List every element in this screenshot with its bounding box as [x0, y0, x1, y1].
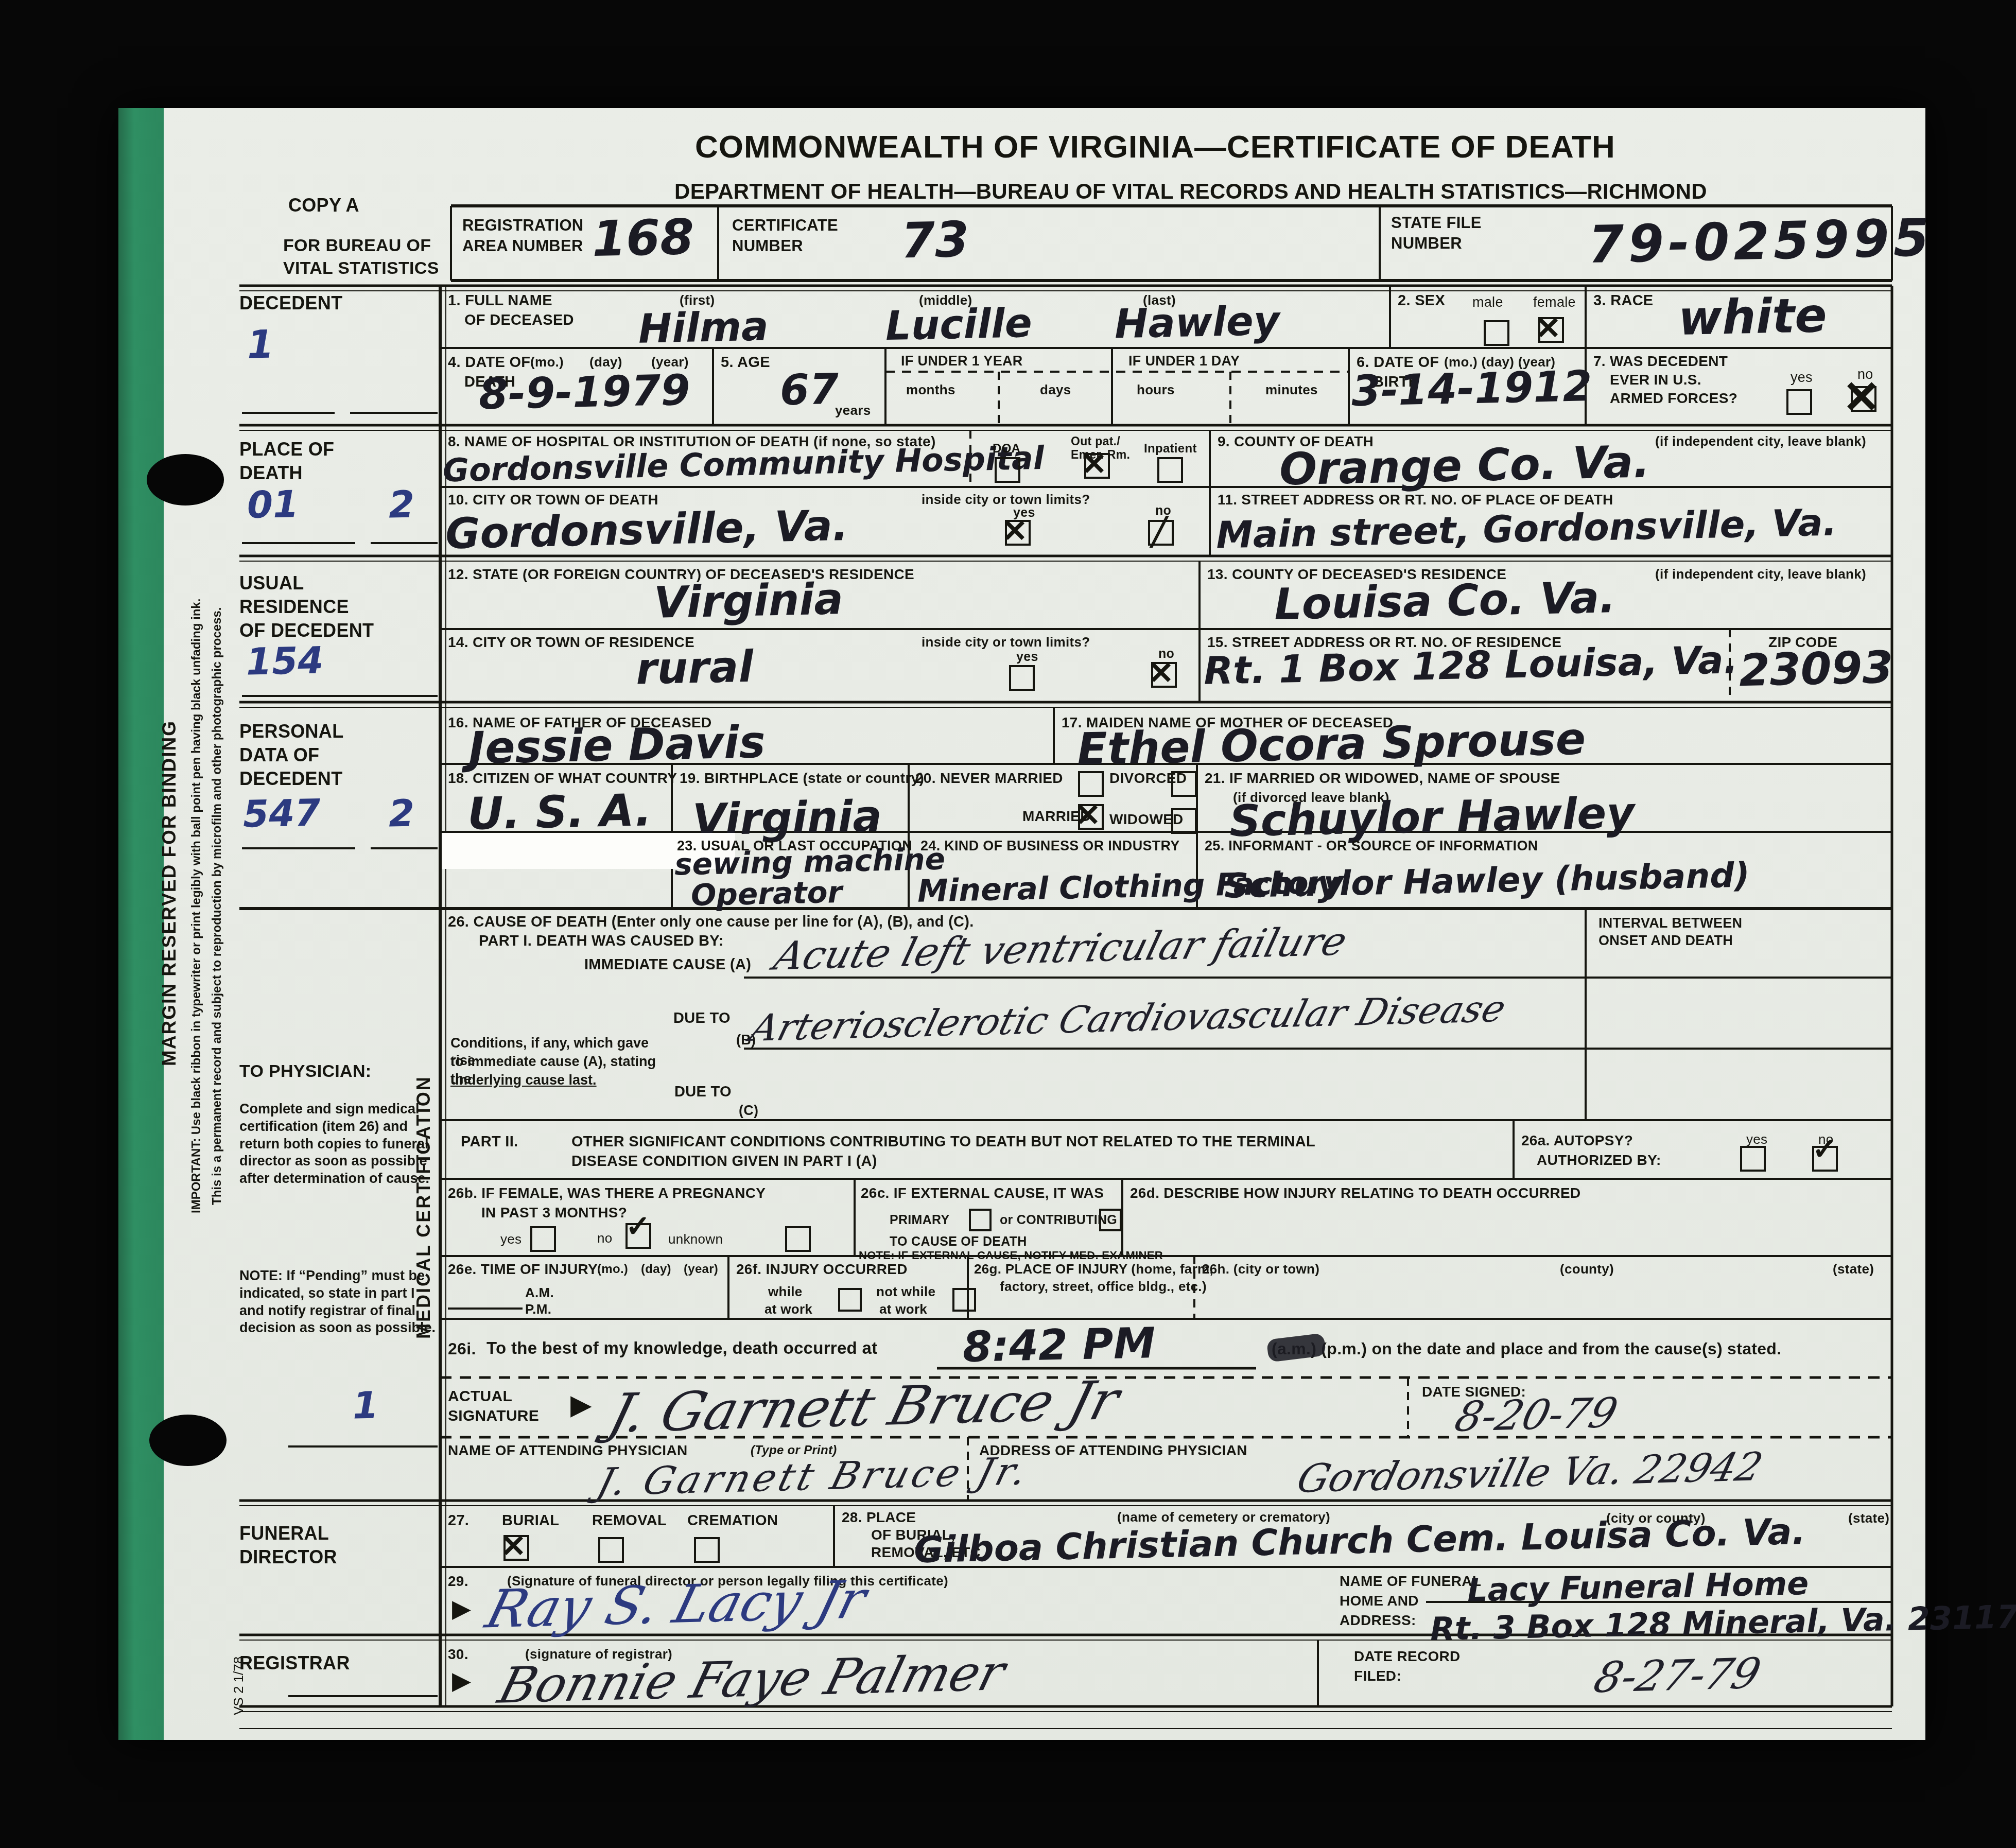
f26h-label: 26h. (city or town)	[1202, 1261, 1319, 1277]
state-file-label-1: STATE FILE	[1391, 214, 1482, 232]
f1-label-2: OF DECEASED	[464, 312, 574, 329]
funeral-director-signature-value: Ray S. Lacy Jr	[480, 1570, 873, 1641]
registration-area-label-1: REGISTRATION	[462, 216, 584, 235]
checkbox-primary	[969, 1209, 992, 1231]
f26p2-label-1: PART II.	[461, 1134, 518, 1150]
f28-state-label: (state)	[1848, 1510, 1889, 1526]
sidebar-personal-1: PERSONAL	[239, 721, 343, 742]
f5-label: 5. AGE	[721, 354, 770, 371]
checkbox-inpatient	[1157, 457, 1183, 483]
arrow-icon: ▶	[452, 1597, 471, 1622]
state-file-value: 79-025995	[1588, 207, 1934, 275]
f26a-label-1: 26a. AUTOPSY?	[1521, 1132, 1633, 1149]
certificate-paper: MARGIN RESERVED FOR BINDING IMPORTANT: U…	[118, 108, 1925, 1740]
race-value: white	[1678, 288, 1828, 346]
f3-label: 3. RACE	[1593, 292, 1654, 309]
sidebar-place-2: DEATH	[239, 462, 303, 484]
checkbox-sex-female: ✕	[1538, 317, 1564, 343]
f14-yes-label: yes	[1016, 650, 1038, 665]
f7-yes-label: yes	[1791, 370, 1813, 386]
f26c-note: NOTE: IF EXTERNAL CAUSE, NOTIFY MED. EXA…	[859, 1249, 1163, 1262]
sidebar-code-note: 1	[352, 1383, 379, 1427]
name-middle-value: Lucille	[885, 300, 1032, 350]
f27-cremation-label: CREMATION	[687, 1512, 778, 1529]
f2-male-label: male	[1472, 294, 1503, 310]
f26b-label-2: IN PAST 3 MONTHS?	[481, 1205, 627, 1221]
citizen-value: U. S. A.	[467, 784, 652, 840]
date-of-death-value: 8-9-1979	[478, 366, 690, 420]
f26p2-label-2: OTHER SIGNIFICANT CONDITIONS CONTRIBUTIN…	[571, 1134, 1315, 1150]
x-mark-icon: ✕	[1002, 516, 1028, 547]
f26e-label: 26e. TIME OF INJURY	[448, 1261, 598, 1278]
city-residence-value: rural	[635, 641, 754, 694]
page-subtitle: DEPARTMENT OF HEALTH—BUREAU OF VITAL REC…	[674, 179, 1707, 204]
zip-value: 23093	[1739, 642, 1893, 696]
f26g-label-2: factory, street, office bldg., etc.)	[1000, 1279, 1207, 1295]
sidebar-code-place-2: 2	[388, 482, 415, 526]
county-residence-value: Louisa Co. Va.	[1274, 572, 1616, 630]
sidebar-registrar: REGISTRAR	[239, 1652, 350, 1674]
f26a-label-2: AUTHORIZED BY:	[1537, 1152, 1661, 1169]
f26h-county: (county)	[1560, 1261, 1614, 1277]
funeral-home-label-3: ADDRESS:	[1340, 1612, 1416, 1629]
f18-label: 18. CITIZEN OF WHAT COUNTRY	[448, 770, 677, 787]
margin-important-line1: IMPORTANT: Use black ribbon in typewrite…	[189, 329, 204, 1483]
death-time-value: 8:42 PM	[962, 1319, 1156, 1372]
f14-limits-label: inside city or town limits?	[922, 634, 1090, 650]
date-of-birth-value: 3-14-1912	[1351, 362, 1592, 416]
f10-no-label: no	[1155, 503, 1171, 518]
f11-label: 11. STREET ADDRESS OR RT. NO. OF PLACE O…	[1218, 492, 1613, 508]
certificate-number-label-2: NUMBER	[732, 237, 803, 255]
sig-label-2: SIGNATURE	[448, 1407, 539, 1425]
f13-note: (if independent city, leave blank)	[1655, 566, 1866, 582]
f26b-label-1: 26b. IF FEMALE, WAS THERE A PREGNANCY	[448, 1185, 766, 1201]
registration-area-label-2: AREA NUMBER	[462, 237, 583, 255]
f26c-label-2: TO CAUSE OF DEATH	[890, 1234, 1027, 1249]
x-mark-icon: ✕	[1075, 800, 1101, 831]
sidebar-usual-2: RESIDENCE	[239, 596, 349, 618]
checkbox-pregnancy-unknown	[785, 1226, 811, 1252]
sidebar-personal-2: DATA OF	[239, 744, 319, 766]
x-mark-icon: ✕	[500, 1531, 526, 1562]
f27-removal-label: REMOVAL	[592, 1512, 667, 1529]
x-mark-icon: ✕	[1843, 375, 1881, 420]
checkbox-pregnancy-yes	[530, 1226, 556, 1252]
form-code: VS 2 1/78	[231, 1637, 247, 1735]
check-mark-icon: ✓	[625, 1212, 651, 1242]
f26-due-to-c-label: DUE TO	[674, 1084, 732, 1101]
x-mark-icon: ✕	[1148, 658, 1174, 689]
date-filed-label-1: DATE RECORD	[1354, 1648, 1461, 1665]
age-value: 67	[779, 365, 839, 415]
checkbox-cremation	[694, 1537, 720, 1563]
f27-burial-label: BURIAL	[502, 1512, 559, 1529]
name-last-value: Hawley	[1114, 298, 1280, 348]
f26d-label: 26d. DESCRIBE HOW INJURY RELATING TO DEA…	[1130, 1185, 1581, 1201]
f9-note: (if independent city, leave blank)	[1655, 433, 1866, 449]
sidebar-physician-note: Complete and sign medical certification …	[239, 1101, 430, 1188]
f19-label: 19. BIRTHPLACE (state or country)	[680, 770, 924, 787]
f26-c-label: (C)	[739, 1103, 758, 1119]
f26h-state: (state)	[1833, 1261, 1874, 1277]
f26e-am: A.M.	[525, 1285, 554, 1301]
sidebar-decedent: DECEDENT	[239, 292, 342, 314]
f7-label-1: 7. WAS DECEDENT	[1593, 353, 1728, 370]
f5-months-label: months	[906, 382, 955, 398]
mother-name-value: Ethel Ocora Sprouse	[1076, 713, 1586, 776]
checkbox-married: ✕	[1078, 804, 1104, 830]
sidebar-code-place-1: 01	[247, 482, 299, 527]
county-of-death-value: Orange Co. Va.	[1279, 436, 1650, 495]
f8-doa-label: DOA	[993, 442, 1020, 456]
funeral-home-label-2: HOME AND	[1340, 1593, 1419, 1609]
checkbox-burial: ✕	[503, 1535, 529, 1561]
checkbox-divorced	[1171, 771, 1197, 797]
f26b-yes-label: yes	[500, 1231, 522, 1247]
f5-under1year-label: IF UNDER 1 YEAR	[901, 353, 1023, 369]
f26f-notwhile-1: not while	[876, 1284, 935, 1300]
sidebar-code-residence: 154	[246, 638, 324, 683]
funeral-home-label-1: NAME OF FUNERAL	[1340, 1573, 1481, 1590]
date-filed-label-2: FILED:	[1354, 1668, 1401, 1684]
checkbox-res-limits-no: ✕	[1151, 662, 1177, 688]
f7-label-3: ARMED FORCES?	[1610, 390, 1737, 407]
f5-years-label: years	[835, 403, 871, 419]
f4-mo: (mo.)	[530, 354, 564, 370]
f26c-label-1: 26c. IF EXTERNAL CAUSE, IT WAS	[861, 1185, 1104, 1201]
checkbox-never-married	[1078, 771, 1104, 797]
sidebar-usual-1: USUAL	[239, 572, 304, 594]
checkbox-widowed	[1171, 808, 1197, 834]
name-first-value: Hilma	[638, 303, 769, 352]
f4-label-1: 4. DATE OF	[448, 354, 530, 371]
checkbox-autopsy-yes	[1740, 1146, 1766, 1172]
f1-label-1: 1. FULL NAME	[448, 292, 552, 309]
funeral-home-name-value: Lacy Funeral Home	[1467, 1564, 1809, 1609]
f26-label-2: PART I. DEATH WAS CAUSED BY:	[479, 933, 724, 950]
f26f-notwhile-2: at work	[879, 1301, 927, 1317]
checkbox-armed-yes	[1786, 389, 1812, 415]
f26-interval-label-2: ONSET AND DEATH	[1598, 933, 1733, 949]
f26c-primary-label: PRIMARY	[890, 1213, 949, 1228]
certificate-number-value: 73	[900, 212, 969, 270]
state-residence-value: Virginia	[653, 573, 844, 628]
x-mark-icon: ✕	[1081, 449, 1107, 480]
margin-important-line2: This is a permanent record and subject t…	[210, 329, 224, 1483]
f26f-while-1: while	[768, 1284, 803, 1300]
checkbox-sex-male	[1484, 320, 1509, 346]
checkbox-pregnancy-no: ✓	[625, 1223, 651, 1249]
f26e-mo: (mo.)	[597, 1262, 628, 1277]
father-name-value: Jessie Davis	[468, 717, 766, 774]
checkbox-outpatient: ✕	[1084, 453, 1110, 479]
f26-due-to-b-label: DUE TO	[673, 1010, 731, 1027]
scanned-death-certificate-photo: { "header": { "copy": "COPY A", "bureau1…	[0, 0, 2016, 1848]
f26p2-label-3: DISEASE CONDITION GIVEN IN PART I (A)	[571, 1153, 877, 1170]
f26i-tail: (a.m.) (p.m.) on the date and place and …	[1272, 1339, 1781, 1358]
f26b-no-label: no	[597, 1230, 613, 1246]
check-mark-icon: ✓	[1812, 1135, 1837, 1164]
sidebar-funeral-1: FUNERAL	[239, 1523, 329, 1544]
slash-mark-icon: ╱	[1151, 519, 1167, 546]
sidebar-personal-3: DECEDENT	[239, 768, 342, 790]
f26-conditions-note-3: underlying cause last.	[450, 1072, 672, 1089]
f26-label-1: 26. CAUSE OF DEATH (Enter only one cause…	[448, 914, 974, 931]
f28-label-1: 28. PLACE	[842, 1509, 916, 1526]
sig-label-1: ACTUAL	[448, 1388, 512, 1405]
arrow-icon: ▶	[570, 1391, 592, 1419]
city-of-death-value: Gordonsville, Va.	[445, 501, 849, 559]
checkbox-while-at-work	[838, 1288, 862, 1312]
checkbox-death-limits-no: ╱	[1148, 520, 1174, 546]
checkbox-removal	[598, 1537, 624, 1563]
sidebar-code-decedent: 1	[247, 321, 274, 367]
f26f-label: 26f. INJURY OCCURRED	[736, 1261, 908, 1278]
certificate-number-label-1: CERTIFICATE	[732, 216, 838, 235]
f8-inpatient-label: Inpatient	[1144, 442, 1197, 456]
f26g-label-1: 26g. PLACE OF INJURY (home, farm,	[974, 1261, 1213, 1277]
f8-outpat-label-1: Out pat./	[1071, 434, 1120, 448]
f5-minutes-label: minutes	[1265, 382, 1318, 398]
sidebar-funeral-2: DIRECTOR	[239, 1546, 337, 1568]
sidebar-pending-note: NOTE: If “Pending” must be indicated, so…	[239, 1267, 438, 1337]
sidebar-to-physician: TO PHYSICIAN:	[239, 1061, 371, 1082]
f24-label: 24. KIND OF BUSINESS OR INDUSTRY	[920, 838, 1180, 854]
f5-days-label: days	[1040, 382, 1071, 398]
page-title: COMMONWEALTH OF VIRGINIA—CERTIFICATE OF …	[695, 129, 1615, 165]
margin-binding-text: MARGIN RESERVED FOR BINDING	[159, 571, 180, 1215]
f26-immediate-cause-label: IMMEDIATE CAUSE (A)	[584, 956, 751, 973]
f26i-text: To the best of my knowledge, death occur…	[486, 1338, 877, 1358]
f26e-yr: (year)	[684, 1262, 718, 1277]
f30-number: 30.	[448, 1646, 468, 1663]
f26f-while-2: at work	[764, 1301, 812, 1317]
f26i-number: 26i.	[448, 1339, 476, 1358]
physician-name-label: NAME OF ATTENDING PHYSICIAN	[448, 1442, 687, 1459]
checkbox-doa	[995, 457, 1020, 483]
checkbox-res-limits-yes	[1009, 665, 1035, 691]
copy-a-label: COPY A	[288, 195, 359, 216]
occupation-value-2: Operator	[690, 875, 842, 913]
f2-female-label: female	[1533, 294, 1576, 310]
f5-hours-label: hours	[1137, 382, 1175, 398]
x-mark-icon: ✕	[1535, 313, 1561, 344]
f27-number: 27.	[448, 1512, 469, 1529]
f2-label: 2. SEX	[1398, 292, 1445, 309]
sidebar-usual-3: OF DECEDENT	[239, 620, 374, 641]
checkbox-death-limits-yes: ✕	[1005, 520, 1031, 546]
f20-label-1: 20. NEVER MARRIED	[915, 770, 1063, 787]
checkbox-not-while-at-work	[952, 1288, 976, 1312]
f26b-unknown-label: unknown	[668, 1231, 723, 1247]
f26-interval-label-1: INTERVAL BETWEEN	[1598, 915, 1742, 931]
f26a-yes-label: yes	[1746, 1131, 1767, 1147]
checkbox-armed-no: ✕	[1851, 386, 1876, 412]
sidebar-code-personal-2: 2	[388, 791, 415, 835]
sidebar-code-personal-1: 547	[242, 791, 321, 835]
f21-label-1: 21. IF MARRIED OR WIDOWED, NAME OF SPOUS…	[1205, 770, 1560, 787]
sidebar-place-1: PLACE OF	[239, 439, 334, 460]
f29-number: 29.	[448, 1573, 468, 1590]
f7-label-2: EVER IN U.S.	[1610, 372, 1701, 388]
f26e-pm: P.M.	[525, 1301, 551, 1317]
bureau-label-2: VITAL STATISTICS	[283, 258, 439, 278]
checkbox-contributing	[1099, 1209, 1122, 1231]
bureau-label-1: FOR BUREAU OF	[283, 236, 431, 256]
f26e-day: (day)	[641, 1262, 671, 1277]
f25-label: 25. INFORMANT - OR SOURCE OF INFORMATION	[1205, 838, 1538, 854]
f5-under1day-label: IF UNDER 1 DAY	[1128, 353, 1240, 369]
date-signed-value: 8-20-79	[1450, 1389, 1623, 1441]
checkbox-autopsy-no: ✓	[1812, 1146, 1838, 1172]
f10-limits-label: inside city or town limits?	[922, 492, 1090, 508]
state-file-label-2: NUMBER	[1391, 234, 1462, 253]
date-filed-value: 8-27-79	[1589, 1649, 1765, 1702]
registration-area-value: 168	[592, 209, 695, 268]
physician-address-label: ADDRESS OF ATTENDING PHYSICIAN	[979, 1442, 1247, 1459]
arrow-icon: ▶	[452, 1669, 471, 1694]
